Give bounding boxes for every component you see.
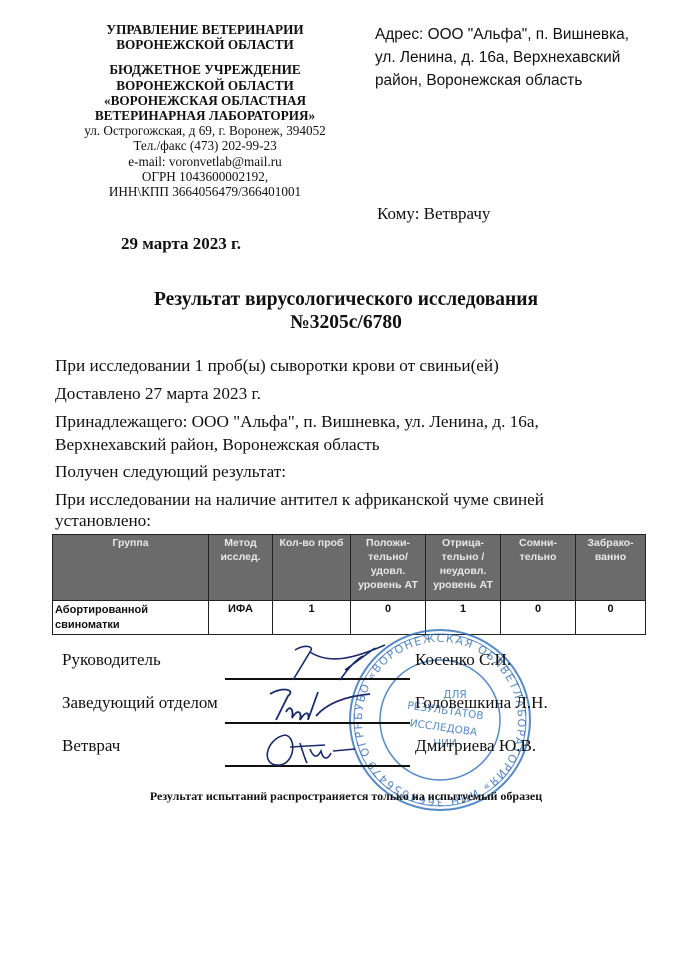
title-line-1: Результат вирусологического исследования	[0, 288, 692, 311]
address-line-2: ул. Ленина, д. 16а, Верхнехавский	[375, 46, 675, 69]
org-email: e-mail: voronvetlab@mail.ru	[60, 154, 350, 169]
result-intro: Получен следующий результат:	[55, 462, 286, 482]
org-main-line-4: ВЕТЕРИНАРНАЯ ЛАБОРАТОРИЯ»	[60, 108, 350, 123]
signer-role-vet: Ветврач	[62, 736, 120, 756]
header-samples: Кол-во проб	[273, 535, 351, 601]
client-address: Адрес: ООО "Альфа", п. Вишневка, ул. Лен…	[375, 23, 675, 92]
signature-vet-icon	[255, 727, 365, 772]
cell-samples: 1	[273, 601, 351, 635]
signer-role-head: Руководитель	[62, 650, 161, 670]
delivery-date: Доставлено 27 марта 2023 г.	[55, 384, 261, 404]
document-title: Результат вирусологического исследования…	[0, 288, 692, 334]
org-phone: Тел./факс (473) 202-99-23	[60, 138, 350, 153]
owner-line-1: Принадлежащего: ООО "Альфа", п. Вишневка…	[55, 412, 539, 432]
footer-note: Результат испытаний распространяется тол…	[0, 789, 692, 804]
address-line-3: район, Воронежская область	[375, 69, 675, 92]
test-description: При исследовании на наличие антител к аф…	[55, 490, 544, 510]
org-main-line-3: «ВОРОНЕЖСКАЯ ОБЛАСТНАЯ	[60, 93, 350, 108]
table-header-row: Группа Методисслед. Кол-во проб Положи-т…	[53, 535, 646, 601]
results-table: Группа Методисслед. Кол-во проб Положи-т…	[52, 534, 646, 635]
test-established: установлено:	[55, 511, 151, 531]
org-top-line-1: УПРАВЛЕНИЕ ВЕТЕРИНАРИИ	[60, 22, 350, 37]
recipient: Кому: Ветврачу	[377, 204, 490, 224]
cell-method: ИФА	[209, 601, 273, 635]
signer-name-vet: Дмитриева Ю.В.	[415, 736, 536, 756]
org-ogrn: ОГРН 1043600002192,	[60, 169, 350, 184]
header-method: Методисслед.	[209, 535, 273, 601]
organization-header: УПРАВЛЕНИЕ ВЕТЕРИНАРИИ ВОРОНЕЖСКОЙ ОБЛАС…	[60, 22, 350, 199]
owner-line-2: Верхнехавский район, Воронежская область	[55, 435, 380, 455]
header-negative: Отрица-тельно /неудовл.уровень АТ	[426, 535, 501, 601]
cell-rejected: 0	[576, 601, 646, 635]
org-address: ул. Острогожская, д 69, г. Воронеж, 3940…	[60, 123, 350, 138]
result-number: №3205с/6780	[0, 311, 692, 334]
header-group: Группа	[53, 535, 209, 601]
address-line-1: Адрес: ООО "Альфа", п. Вишневка,	[375, 23, 675, 46]
signature-dept-icon	[258, 682, 378, 727]
signer-name-dept: Головешкина Л.Н.	[415, 693, 548, 713]
org-inn-kpp: ИНН\КПП 3664056479/366401001	[60, 184, 350, 199]
cell-group: Абортированнойсвиноматки	[53, 601, 209, 635]
header-positive: Положи-тельно/удовл.уровень АТ	[351, 535, 426, 601]
header-doubtful: Сомни-тельно	[501, 535, 576, 601]
signature-head-icon	[285, 640, 395, 685]
signer-role-dept: Заведующий отделом	[62, 693, 218, 713]
org-top-line-2: ВОРОНЕЖСКОЙ ОБЛАСТИ	[60, 37, 350, 52]
signer-name-head: Косенко С.И.	[415, 650, 511, 670]
document-date: 29 марта 2023 г.	[121, 234, 241, 254]
sample-description: При исследовании 1 проб(ы) сыворотки кро…	[55, 356, 499, 376]
org-main-line-1: БЮДЖЕТНОЕ УЧРЕЖДЕНИЕ	[60, 62, 350, 77]
org-main-line-2: ВОРОНЕЖСКОЙ ОБЛАСТИ	[60, 78, 350, 93]
header-rejected: Забрако-ванно	[576, 535, 646, 601]
